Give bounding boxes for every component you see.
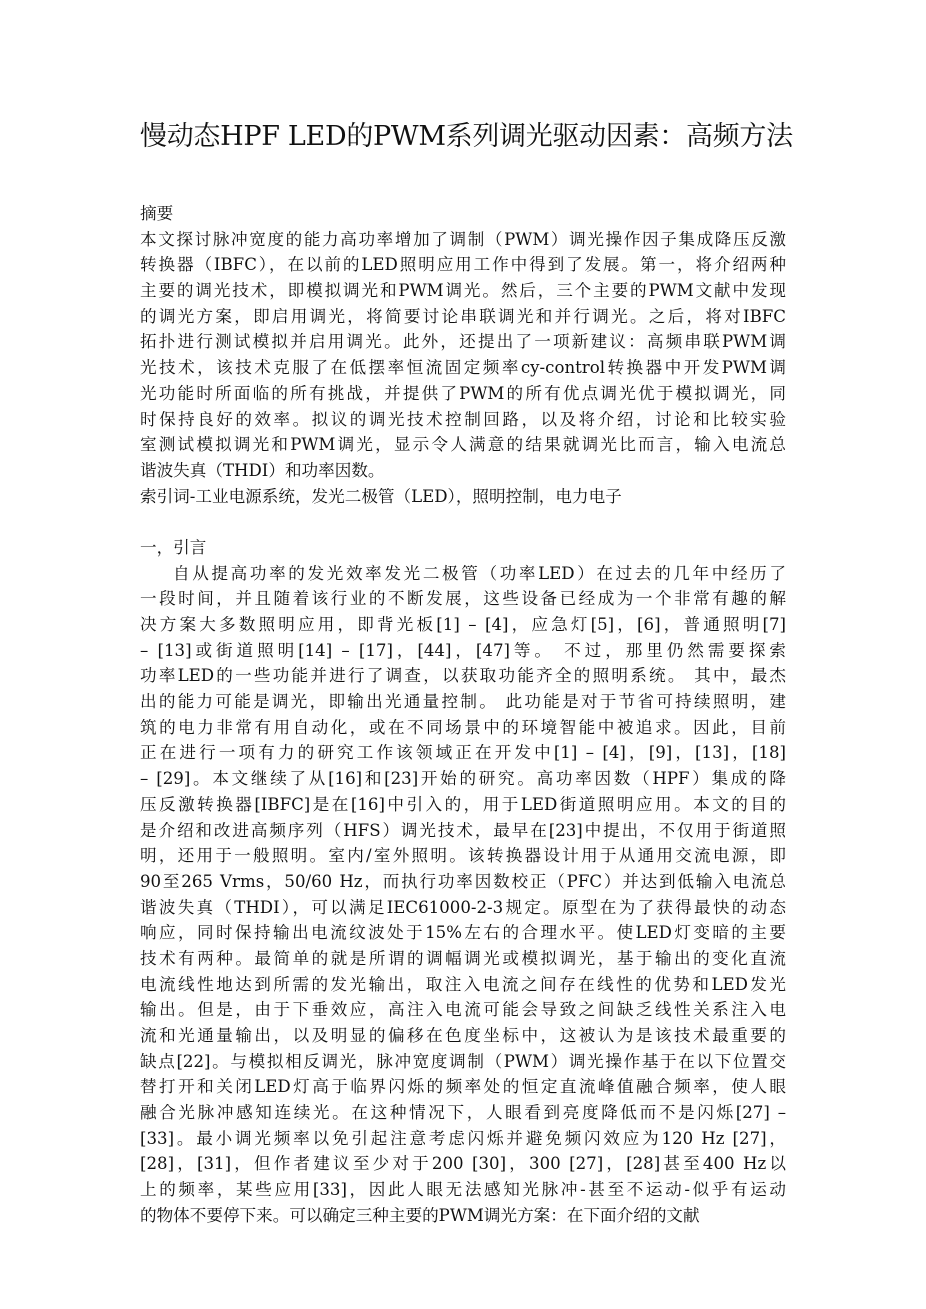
intro-line: 决方案大多数照明应用，即背光板[1] – [4]，应急灯[5]，[6]，普通照明… bbox=[140, 612, 786, 638]
intro-line: – [13]或街道照明[14] – [17]，[44]，[47]等。 不过，那里… bbox=[140, 638, 786, 664]
intro-line: 明，还用于一般照明。室内/室外照明。该转换器设计用于从通用交流电源，即 bbox=[140, 843, 786, 869]
abstract-line: 主要的调光技术，即模拟调光和PWM调光。然后，三个主要的PWM文献中发现 bbox=[140, 278, 786, 304]
abstract-line: 谐波失真（THDI）和功率因数。 bbox=[140, 458, 786, 484]
intro-line: 是介绍和改进高频序列（HFS）调光技术，最早在[23]中提出，不仅用于街道照 bbox=[140, 818, 786, 844]
intro-line: 一段时间，并且随着该行业的不断发展，这些设备已经成为一个非常有趣的解 bbox=[140, 586, 786, 612]
intro-line: 上的频率，某些应用[33]，因此人眼无法感知光脉冲-甚至不运动-似乎有运动 bbox=[140, 1177, 786, 1203]
intro-line: 缺点[22]。与模拟相反调光，脉冲宽度调制（PWM）调光操作基于在以下位置交 bbox=[140, 1049, 786, 1075]
intro-line: 技术有两种。最简单的就是所谓的调幅调光或模拟调光，基于输出的变化直流 bbox=[140, 946, 786, 972]
abstract-line: 光技术，该技术克服了在低摆率恒流固定频率cy-control转换器中开发PWM调 bbox=[140, 355, 786, 381]
abstract-line: 时保持良好的效率。拟议的调光技术控制回路，以及将介绍，讨论和比较实验 bbox=[140, 407, 786, 433]
spacer bbox=[140, 509, 786, 535]
intro-line: 输出。但是，由于下垂效应，高注入电流可能会导致之间缺乏线性关系注入电 bbox=[140, 997, 786, 1023]
intro-line: [28]，[31]，但作者建议至少对于200 [30]，300 [27]，[28… bbox=[140, 1151, 786, 1177]
intro-line: 自从提高功率的发光效率发光二极管（功率LED）在过去的几年中经历了 bbox=[140, 561, 786, 587]
introduction-heading: 一，引言 bbox=[140, 535, 786, 561]
intro-line: 压反激转换器[IBFC]是在[16]中引入的，用于LED街道照明应用。本文的目的 bbox=[140, 792, 786, 818]
abstract-line: 拓扑进行测试模拟并启用调光。此外，还提出了一项新建议：高频串联PWM调 bbox=[140, 329, 786, 355]
intro-line: – [29]。本文继续了从[16]和[23]开始的研究。高功率因数（HPF）集成… bbox=[140, 766, 786, 792]
intro-line: 响应，同时保持输出电流纹波处于15%左右的合理水平。使LED灯变暗的主要 bbox=[140, 920, 786, 946]
intro-line: 出的能力可能是调光，即输出光通量控制。 此功能是对于节省可持续照明，建 bbox=[140, 689, 786, 715]
intro-line: 电流线性地达到所需的发光输出，取注入电流之间存在线性的优势和LED发光 bbox=[140, 972, 786, 998]
intro-line: 谐波失真（THDI），可以满足IEC61000-2-3规定。原型在为了获得最快的… bbox=[140, 895, 786, 921]
intro-line: [33]。最小调光频率以免引起注意考虑闪烁并避免频闪效应为120 Hz [27]… bbox=[140, 1126, 786, 1152]
intro-line: 正在进行一项有力的研究工作该领域正在开发中[1] – [4]，[9]，[13]，… bbox=[140, 740, 786, 766]
intro-line: 90至265 Vrms，50/60 Hz，而执行功率因数校正（PFC）并达到低输… bbox=[140, 869, 786, 895]
abstract-heading: 摘要 bbox=[140, 201, 786, 227]
abstract-line: 转换器（IBFC），在以前的LED照明应用工作中得到了发展。第一，将介绍两种 bbox=[140, 252, 786, 278]
intro-line: 替打开和关闭LED灯高于临界闪烁的频率处的恒定直流峰值融合频率，使人眼 bbox=[140, 1074, 786, 1100]
abstract-line: 本文探讨脉冲宽度的能力高功率增加了调制（PWM）调光操作因子集成降压反激 bbox=[140, 227, 786, 253]
intro-line: 流和光通量输出，以及明显的偏移在色度坐标中，这被认为是该技术最重要的 bbox=[140, 1023, 786, 1049]
paper-title: 慢动态HPF LED的PWM系列调光驱动因素：高频方法 bbox=[140, 117, 786, 157]
intro-line: 融合光脉冲感知连续光。在这种情况下，人眼看到亮度降低而不是闪烁[27] – bbox=[140, 1100, 786, 1126]
intro-line: 功率LED的一些功能并进行了调查，以获取功能齐全的照明系统。 其中，最杰 bbox=[140, 663, 786, 689]
abstract-line: 室测试模拟调光和PWM调光，显示令人满意的结果就调光比而言，输入电流总 bbox=[140, 432, 786, 458]
abstract-line: 光功能时所面临的所有挑战，并提供了PWM的所有优点调光优于模拟调光，同 bbox=[140, 381, 786, 407]
abstract-line: 的调光方案，即启用调光，将简要讨论串联调光和并行调光。之后，将对IBFC bbox=[140, 304, 786, 330]
intro-line: 的物体不要停下来。可以确定三种主要的PWM调光方案：在下面介绍的文献 bbox=[140, 1203, 786, 1229]
keywords: 索引词-工业电源系统，发光二极管（LED），照明控制，电力电子 bbox=[140, 484, 786, 510]
body-text: 摘要 本文探讨脉冲宽度的能力高功率增加了调制（PWM）调光操作因子集成降压反激 … bbox=[140, 201, 786, 1229]
intro-line: 筑的电力非常有用自动化，或在不同场景中的环境智能中被追求。因此，目前 bbox=[140, 715, 786, 741]
